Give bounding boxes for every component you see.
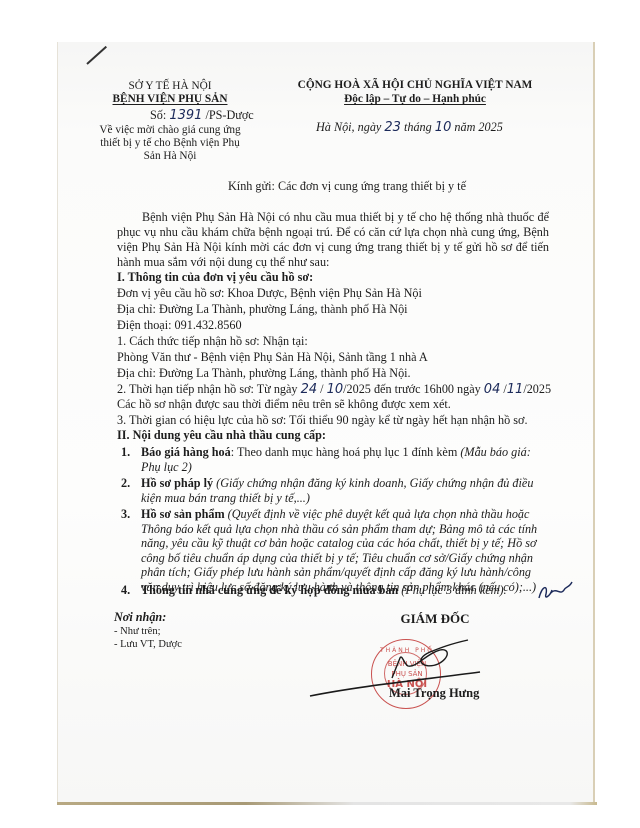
requirement-item-1: 1. Báo giá hàng hoá: Theo danh mục hàng … xyxy=(141,445,551,474)
section-2-title: II. Nội dung yêu cầu nhà thầu cung cấp: xyxy=(117,428,549,443)
requirement-item-3: 3. Hồ sơ sản phẩm (Quyết định về việc ph… xyxy=(141,507,551,595)
deadline-to-year: /2025 xyxy=(523,382,551,396)
section-1-line: Điện thoại: 091.432.8560 xyxy=(117,318,549,333)
document-number: Số: 1391 /PS-Dược xyxy=(150,108,254,123)
date-year: năm 2025 xyxy=(454,120,502,134)
item-number: 2. xyxy=(121,476,130,491)
signature-title: GIÁM ĐỐC xyxy=(380,611,490,626)
signer-name: Mai Trọng Hưng xyxy=(389,686,479,701)
motto-text: Độc lập – Tự do – Hạnh phúc xyxy=(344,93,486,105)
section-1-line: Đơn vị yêu cầu hồ sơ: Khoa Dược, Bệnh vi… xyxy=(117,286,549,301)
validity-line: 3. Thời gian có hiệu lực của hồ sơ: Tối … xyxy=(117,413,549,428)
deadline-line: 2. Thời hạn tiếp nhận hồ sơ: Từ ngày 24 … xyxy=(117,382,549,398)
subject-line-3: Sản Hà Nội xyxy=(90,149,250,163)
date-month: 10 xyxy=(435,120,452,135)
department-name: SỞ Y TẾ HÀ NỘI xyxy=(95,79,245,93)
item-title: Thông tin nhà cung ứng để ký hợp đồng mu… xyxy=(141,583,398,597)
deadline-from-year: /2025 đến trước 16h00 ngày xyxy=(343,382,481,396)
deadline-from-month: 10 xyxy=(327,382,344,397)
item-number: 3. xyxy=(121,507,130,522)
date-prefix: Hà Nội, ngày xyxy=(316,120,381,134)
intro-paragraph: Bệnh viện Phụ Sản Hà Nội có nhu cầu mua … xyxy=(117,210,549,270)
motto: Độc lập – Tự do – Hạnh phúc xyxy=(290,92,540,106)
organization-name-text: BỆNH VIỆN PHỤ SẢN xyxy=(113,93,228,105)
receiver-line: - Như trên; xyxy=(114,625,161,638)
item-title: Hồ sơ sản phẩm xyxy=(141,507,225,521)
subject-line-2: thiết bị y tế cho Bệnh viện Phụ xyxy=(90,136,250,150)
item-number: 1. xyxy=(121,445,130,460)
number-suffix: /PS-Dược xyxy=(205,108,253,122)
initials-mark xyxy=(536,578,576,604)
section-1-line: Địa chỉ: Đường La Thành, phường Láng, th… xyxy=(117,366,549,381)
section-1-line: Địa chỉ: Đường La Thành, phường Láng, th… xyxy=(117,302,549,317)
recipient-line: Kính gửi: Các đơn vị cung ứng trang thiế… xyxy=(228,179,466,194)
section-1-line: Phòng Văn thư - Bệnh viện Phụ Sản Hà Nội… xyxy=(117,350,549,365)
number-label: Số: xyxy=(150,108,166,122)
deadline-from-day: 24 xyxy=(301,382,318,397)
item-title: Báo giá hàng hoá xyxy=(141,445,231,459)
page-bottom-edge xyxy=(57,802,597,805)
document-date: Hà Nội, ngày 23 tháng 10 năm 2025 xyxy=(316,120,503,135)
receivers-title: Nơi nhận: xyxy=(114,610,166,625)
number-handwritten: 1391 xyxy=(169,108,202,123)
section-1-line: 1. Cách thức tiếp nhận hồ sơ: Nhận tại: xyxy=(117,334,549,349)
requirement-item-4: 4. Thông tin nhà cung ứng để ký hợp đồng… xyxy=(141,583,551,598)
date-day: 23 xyxy=(384,120,401,135)
subject-line-1: Về việc mời chào giá cung ứng xyxy=(90,123,250,137)
item-text: : Theo danh mục hàng hoá phụ lục 1 đính … xyxy=(231,445,461,459)
country-name: CỘNG HOÀ XÃ HỘI CHỦ NGHĨA VIỆT NAM xyxy=(290,78,540,92)
item-title: Hồ sơ pháp lý xyxy=(141,476,213,490)
deadline-to-month: 11 xyxy=(507,382,524,397)
deadline-to-day: 04 xyxy=(484,382,501,397)
deadline-prefix: 2. Thời hạn tiếp nhận hồ sơ: Từ ngày xyxy=(117,382,298,396)
section-1-title: I. Thông tin của đơn vị yêu cầu hồ sơ: xyxy=(117,270,549,285)
receiver-line: - Lưu VT, Dược xyxy=(114,638,182,651)
item-number: 4. xyxy=(121,583,130,598)
organization-name: BỆNH VIỆN PHỤ SẢN xyxy=(95,92,245,106)
item-note: (Phụ lục 3 đính kèm). xyxy=(401,583,506,597)
requirement-item-2: 2. Hồ sơ pháp lý (Giấy chứng nhận đăng k… xyxy=(141,476,551,505)
after-deadline-note: Các hồ sơ nhận được sau thời điểm nêu tr… xyxy=(117,397,549,412)
date-month-label: tháng xyxy=(404,120,432,134)
